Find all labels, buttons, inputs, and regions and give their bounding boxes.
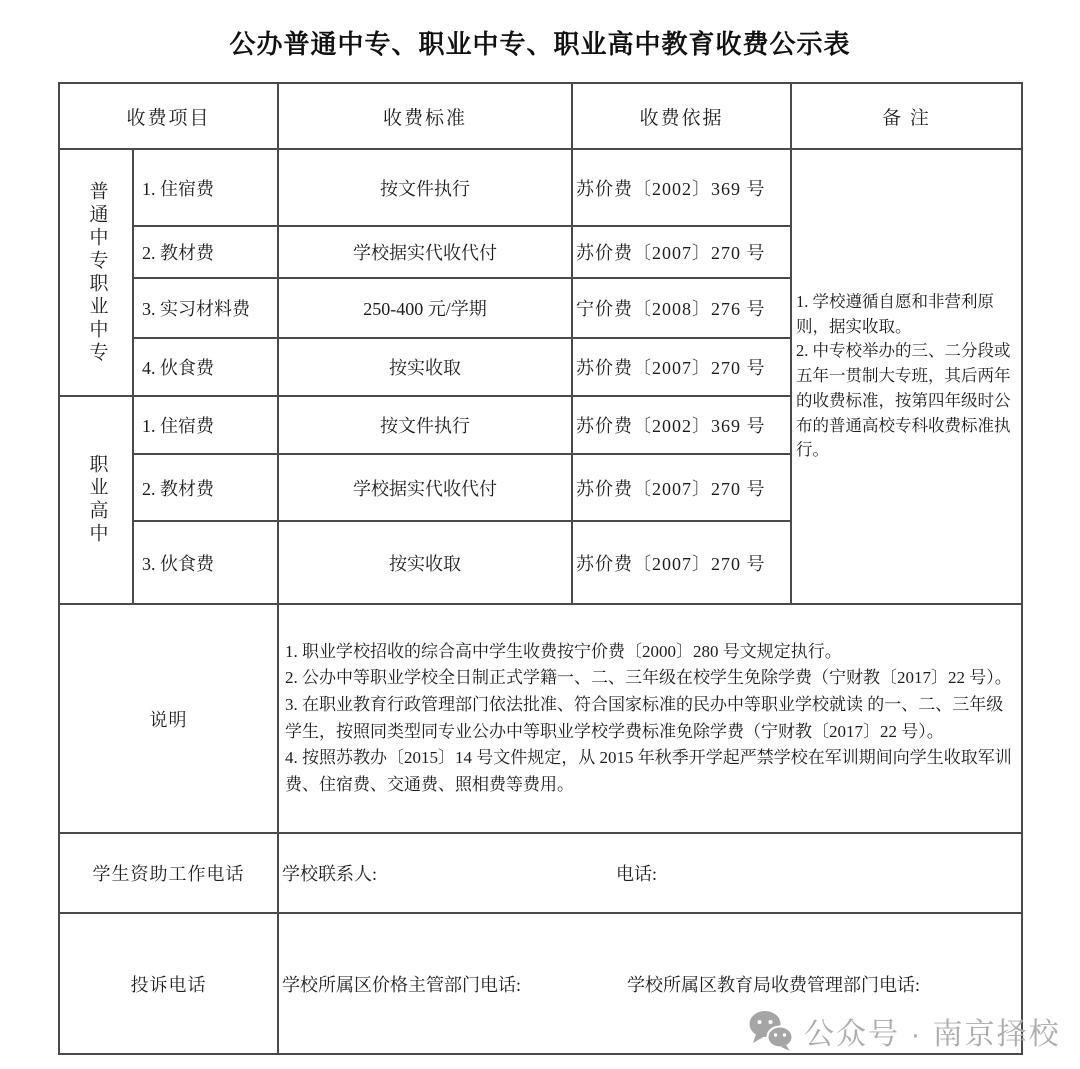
aid-phone-content: 学校联系人: 电话: xyxy=(278,833,1022,913)
remark-paragraph: 1. 学校遵循自愿和非营利原则，据实收取。 xyxy=(796,290,1019,340)
header-fee-item: 收费项目 xyxy=(59,83,278,149)
fee-item-cell: 3. 伙食费 xyxy=(133,521,278,604)
notes-content: 1. 职业学校招收的综合高中学生收费按宁价费〔2000〕280 号文规定执行。 … xyxy=(278,604,1022,833)
edu-dept-phone-label: 学校所属区教育局收费管理部门电话: xyxy=(627,971,920,997)
fee-table: 收费项目 收费标准 收费依据 备 注 普通中专职业中专 1. 住宿费 按文件执行… xyxy=(58,82,1023,1055)
fee-item-cell: 2. 教材费 xyxy=(133,454,278,521)
watermark: 公众号 · 南京择校 xyxy=(748,1006,1061,1056)
category-vertical-text: 职业高中 xyxy=(86,454,107,546)
fee-standard-cell: 按文件执行 xyxy=(278,149,572,226)
table-row: 普通中专职业中专 1. 住宿费 按文件执行 苏价费〔2002〕369 号 1. … xyxy=(59,149,1022,226)
fee-basis-cell: 苏价费〔2007〕270 号 xyxy=(572,521,791,604)
note-line: 3. 在职业教育行政管理部门依法批准、符合国家标准的民办中等职业学校就读 的一、… xyxy=(285,692,1019,745)
fee-basis-cell: 苏价费〔2007〕270 号 xyxy=(572,338,791,396)
notes-label: 说明 xyxy=(59,604,278,833)
table-header-row: 收费项目 收费标准 收费依据 备 注 xyxy=(59,83,1022,149)
notes-row: 说明 1. 职业学校招收的综合高中学生收费按宁价费〔2000〕280 号文规定执… xyxy=(59,604,1022,833)
note-line: 1. 职业学校招收的综合高中学生收费按宁价费〔2000〕280 号文规定执行。 xyxy=(285,639,1019,666)
note-line: 4. 按照苏教办〔2015〕14 号文件规定，从 2015 年秋季开学起严禁学校… xyxy=(285,745,1019,798)
watermark-text: 公众号 · 南京择校 xyxy=(804,1009,1061,1053)
complaint-phone-fields: 学校所属区价格主管部门电话: 学校所属区教育局收费管理部门电话: xyxy=(279,971,1021,997)
page-title: 公办普通中专、职业中专、职业高中教育收费公示表 xyxy=(0,24,1080,61)
aid-phone-label: 学生资助工作电话 xyxy=(59,833,278,913)
fee-standard-cell: 学校据实代收代付 xyxy=(278,454,572,521)
fee-standard-cell: 按实收取 xyxy=(278,521,572,604)
fee-basis-cell: 苏价费〔2007〕270 号 xyxy=(572,226,791,278)
header-fee-basis: 收费依据 xyxy=(572,83,791,149)
fee-item-cell: 4. 伙食费 xyxy=(133,338,278,396)
fee-standard-cell: 按实收取 xyxy=(278,338,572,396)
note-line: 2. 公办中等职业学校全日制正式学籍一、二、三年级在校学生免除学费（宁财教〔20… xyxy=(285,665,1019,692)
remark-cell: 1. 学校遵循自愿和非营利原则，据实收取。 2. 中专校举办的三、二分段或五年一… xyxy=(791,149,1022,604)
header-fee-standard: 收费标准 xyxy=(278,83,572,149)
fee-standard-cell: 学校据实代收代付 xyxy=(278,226,572,278)
aid-phone-row: 学生资助工作电话 学校联系人: 电话: xyxy=(59,833,1022,913)
header-remark: 备 注 xyxy=(791,83,1022,149)
fee-basis-cell: 苏价费〔2002〕369 号 xyxy=(572,396,791,454)
price-dept-phone-label: 学校所属区价格主管部门电话: xyxy=(279,971,627,997)
remark-paragraph: 2. 中专校举办的三、二分段或五年一贯制大专班，其后两年的收费标准，按第四年级时… xyxy=(796,339,1019,463)
school-contact-label: 学校联系人: xyxy=(279,860,616,886)
category-label-zhiyegaozhong: 职业高中 xyxy=(59,396,133,604)
fee-item-cell: 1. 住宿费 xyxy=(133,396,278,454)
aid-phone-fields: 学校联系人: 电话: xyxy=(279,860,1021,886)
category-vertical-text: 普通中专职业中专 xyxy=(86,181,107,365)
complaint-phone-label: 投诉电话 xyxy=(59,913,278,1054)
fee-item-cell: 1. 住宿费 xyxy=(133,149,278,226)
fee-item-cell: 3. 实习材料费 xyxy=(133,278,278,338)
fee-basis-cell: 苏价费〔2002〕369 号 xyxy=(572,149,791,226)
fee-standard-cell: 250-400 元/学期 xyxy=(278,278,572,338)
wechat-icon xyxy=(748,1010,794,1052)
fee-standard-cell: 按文件执行 xyxy=(278,396,572,454)
category-label-zhongzhuan: 普通中专职业中专 xyxy=(59,149,133,396)
phone-label: 电话: xyxy=(616,860,657,886)
fee-publicity-document: 公办普通中专、职业中专、职业高中教育收费公示表 收费项目 收费标准 收费依据 备… xyxy=(0,0,1080,1069)
fee-basis-cell: 宁价费〔2008〕276 号 xyxy=(572,278,791,338)
fee-basis-cell: 苏价费〔2007〕270 号 xyxy=(572,454,791,521)
fee-item-cell: 2. 教材费 xyxy=(133,226,278,278)
